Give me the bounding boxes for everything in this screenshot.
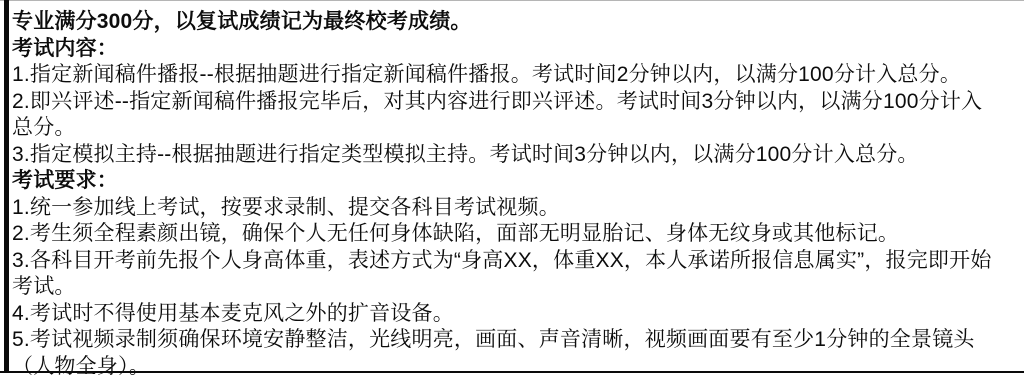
text-line: 3.指定模拟主持--根据抽题进行指定类型模拟主持。考试时间3分钟以内，以满分10…: [12, 142, 1018, 169]
table-border-left: [4, 0, 9, 373]
heading-line: 专业满分300分，以复试成绩记为最终校考成绩。: [12, 9, 1018, 36]
heading-line: 考试内容：: [12, 36, 1018, 63]
table-border-top: [0, 0, 1024, 1]
text-line: 总分。: [12, 115, 1018, 142]
text-line: 5.考试视频录制须确保环境安静整洁，光线明亮，画面、声音清晰，视频画面要有至少1…: [12, 327, 1018, 354]
text-line: （人物全身）。: [12, 354, 1018, 379]
text-line: 2.考生须全程素颜出镜，确保个人无任何身体缺陷，面部无明显胎记、身体无纹身或其他…: [12, 221, 1018, 248]
text-line: 3.各科目开考前先报个人身高体重，表述方式为“身高XX，体重XX，本人承诺所报信…: [12, 248, 1018, 275]
text-line: 考试。: [12, 274, 1018, 301]
heading-line: 考试要求：: [12, 168, 1018, 195]
text-line: 2.即兴评述--指定新闻稿件播报完毕后，对其内容进行即兴评述。考试时间3分钟以内…: [12, 89, 1018, 116]
document-text-block: 专业满分300分，以复试成绩记为最终校考成绩。考试内容：1.指定新闻稿件播报--…: [12, 9, 1018, 379]
text-line: 1.统一参加线上考试，按要求录制、提交各科目考试视频。: [12, 195, 1018, 222]
text-line: 4.考试时不得使用基本麦克风之外的扩音设备。: [12, 301, 1018, 328]
document-page: 专业满分300分，以复试成绩记为最终校考成绩。考试内容：1.指定新闻稿件播报--…: [0, 0, 1024, 379]
text-line: 1.指定新闻稿件播报--根据抽题进行指定新闻稿件播报。考试时间2分钟以内，以满分…: [12, 62, 1018, 89]
